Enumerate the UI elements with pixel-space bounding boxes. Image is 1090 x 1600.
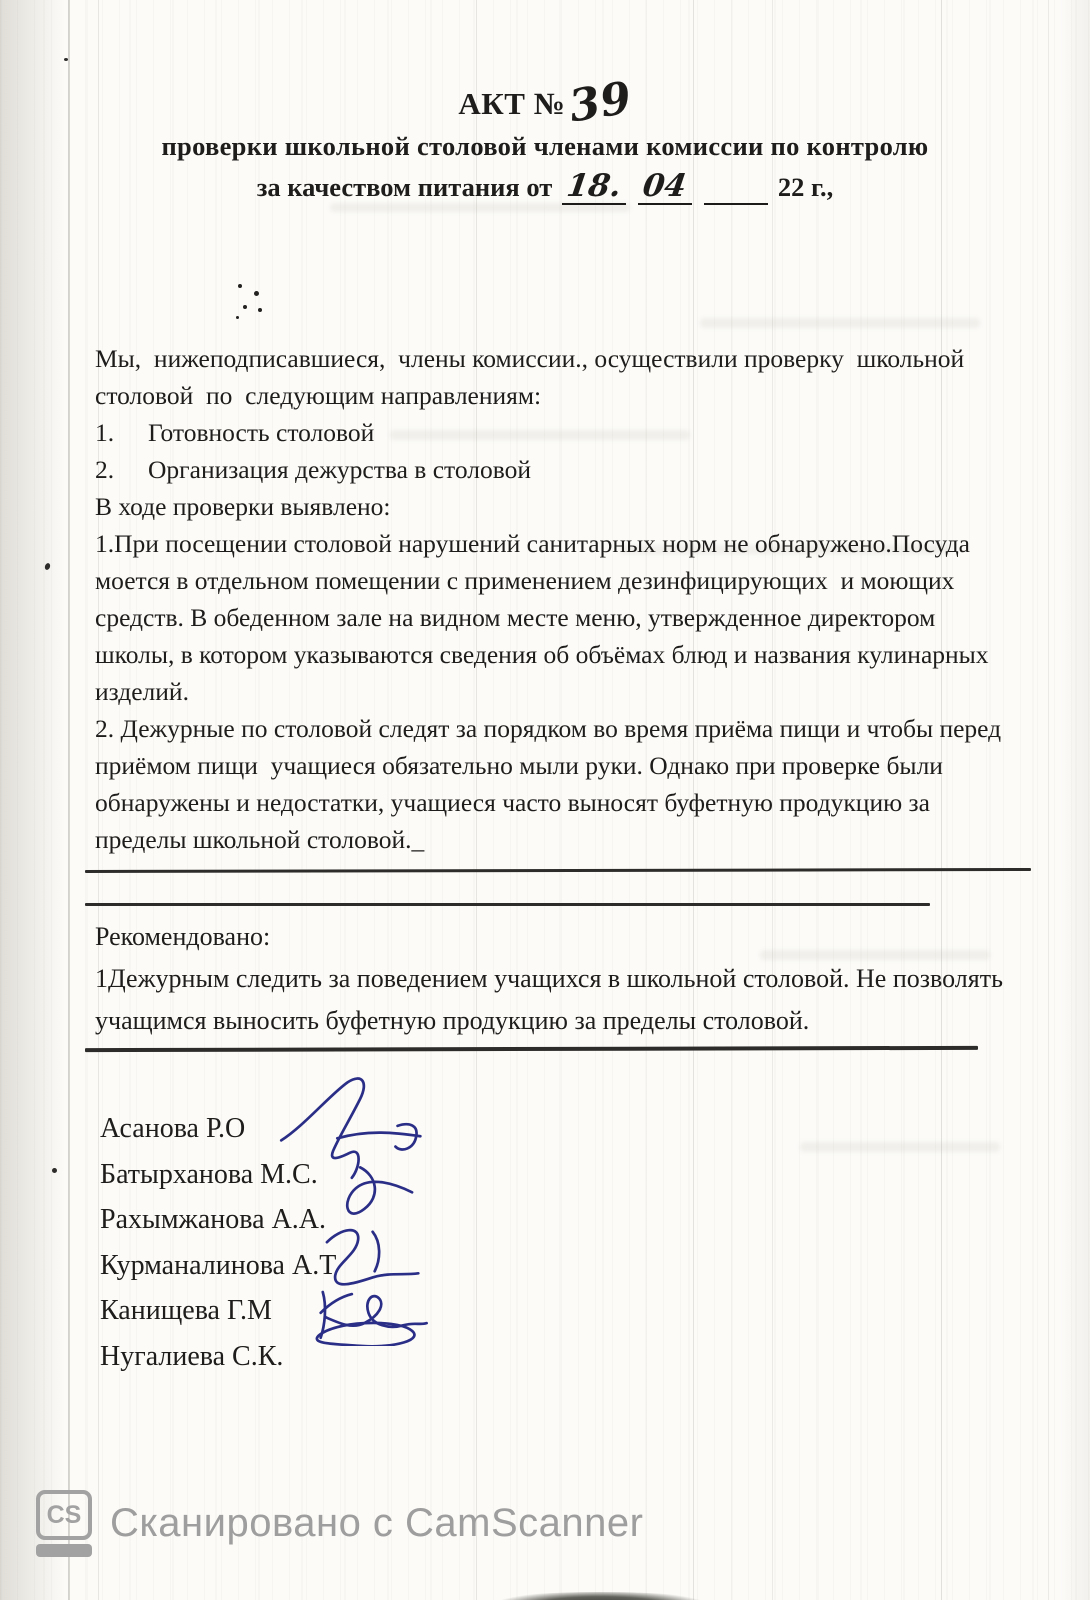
document-header: АКТ №39 проверки школьной столовой члена… — [0, 86, 1090, 205]
horizontal-rule — [85, 903, 930, 906]
scan-speck — [44, 562, 51, 570]
scan-speck — [64, 58, 68, 61]
cs-logo-base — [36, 1544, 92, 1557]
camscanner-footer: CS Сканировано с CamScanner — [36, 1490, 643, 1557]
recommendation-text: 1Дежурным следить за поведением учащихся… — [95, 958, 1090, 1042]
intro-paragraph: Мы, нижеподписавшиеся, члены комиссии., … — [95, 340, 1090, 414]
camscanner-watermark-text: Сканировано с CamScanner — [110, 1501, 643, 1546]
list-item-number: 2. — [95, 451, 148, 488]
act-title-prefix: АКТ № — [458, 86, 565, 121]
list-item: 1. Готовность столовой — [95, 414, 1090, 451]
list-item: 2. Организация дежурства в столовой — [95, 451, 1090, 488]
cs-logo-letters: CS — [36, 1490, 92, 1540]
bottom-edge-shadow — [498, 1592, 703, 1600]
list-item-number: 1. — [95, 414, 148, 451]
camscanner-logo-icon: CS — [36, 1490, 92, 1557]
signature-ink — [272, 1076, 440, 1346]
date-line-prefix: за качеством питания от — [257, 172, 553, 202]
scan-speck — [52, 1168, 57, 1173]
act-number-handwritten: 39 — [570, 98, 631, 108]
ink-dot-cluster — [232, 280, 268, 322]
findings-label: В ходе проверки выявлено: — [95, 488, 1090, 525]
horizontal-rule — [85, 1046, 978, 1052]
document-subtitle: проверки школьной столовой членами комис… — [0, 131, 1090, 162]
list-item-text: Организация дежурства в столовой — [148, 451, 531, 488]
recommendation-section: Рекомендовано: 1Дежурным следить за пове… — [95, 916, 1090, 1042]
date-month-handwritten: 04 — [642, 176, 688, 196]
bleedthrough-smudge — [700, 318, 980, 328]
finding-paragraph-1: 1.При посещении столовой нарушений санит… — [95, 525, 1090, 710]
date-month-underline: 04 — [638, 172, 691, 205]
fold-line — [68, 0, 70, 1600]
document-title-line: АКТ №39 — [0, 86, 1090, 122]
horizontal-rule — [85, 868, 1031, 873]
finding-paragraph-2: 2. Дежурные по столовой следят за порядк… — [95, 710, 1090, 858]
date-line: за качеством питания от 18. 04 22 г., — [0, 172, 1090, 205]
date-blank-underline — [704, 179, 768, 205]
date-day-underline: 18. — [562, 172, 626, 205]
recommendation-label: Рекомендовано: — [95, 916, 1090, 958]
list-item-text: Готовность столовой — [148, 414, 374, 451]
scanned-document-page: АКТ №39 проверки школьной столовой члена… — [0, 0, 1090, 1600]
date-line-suffix: 22 г., — [778, 172, 833, 202]
date-day-handwritten: 18. — [565, 176, 622, 196]
bleedthrough-smudge — [800, 1142, 1000, 1152]
document-body: Мы, нижеподписавшиеся, члены комиссии., … — [95, 340, 1090, 858]
